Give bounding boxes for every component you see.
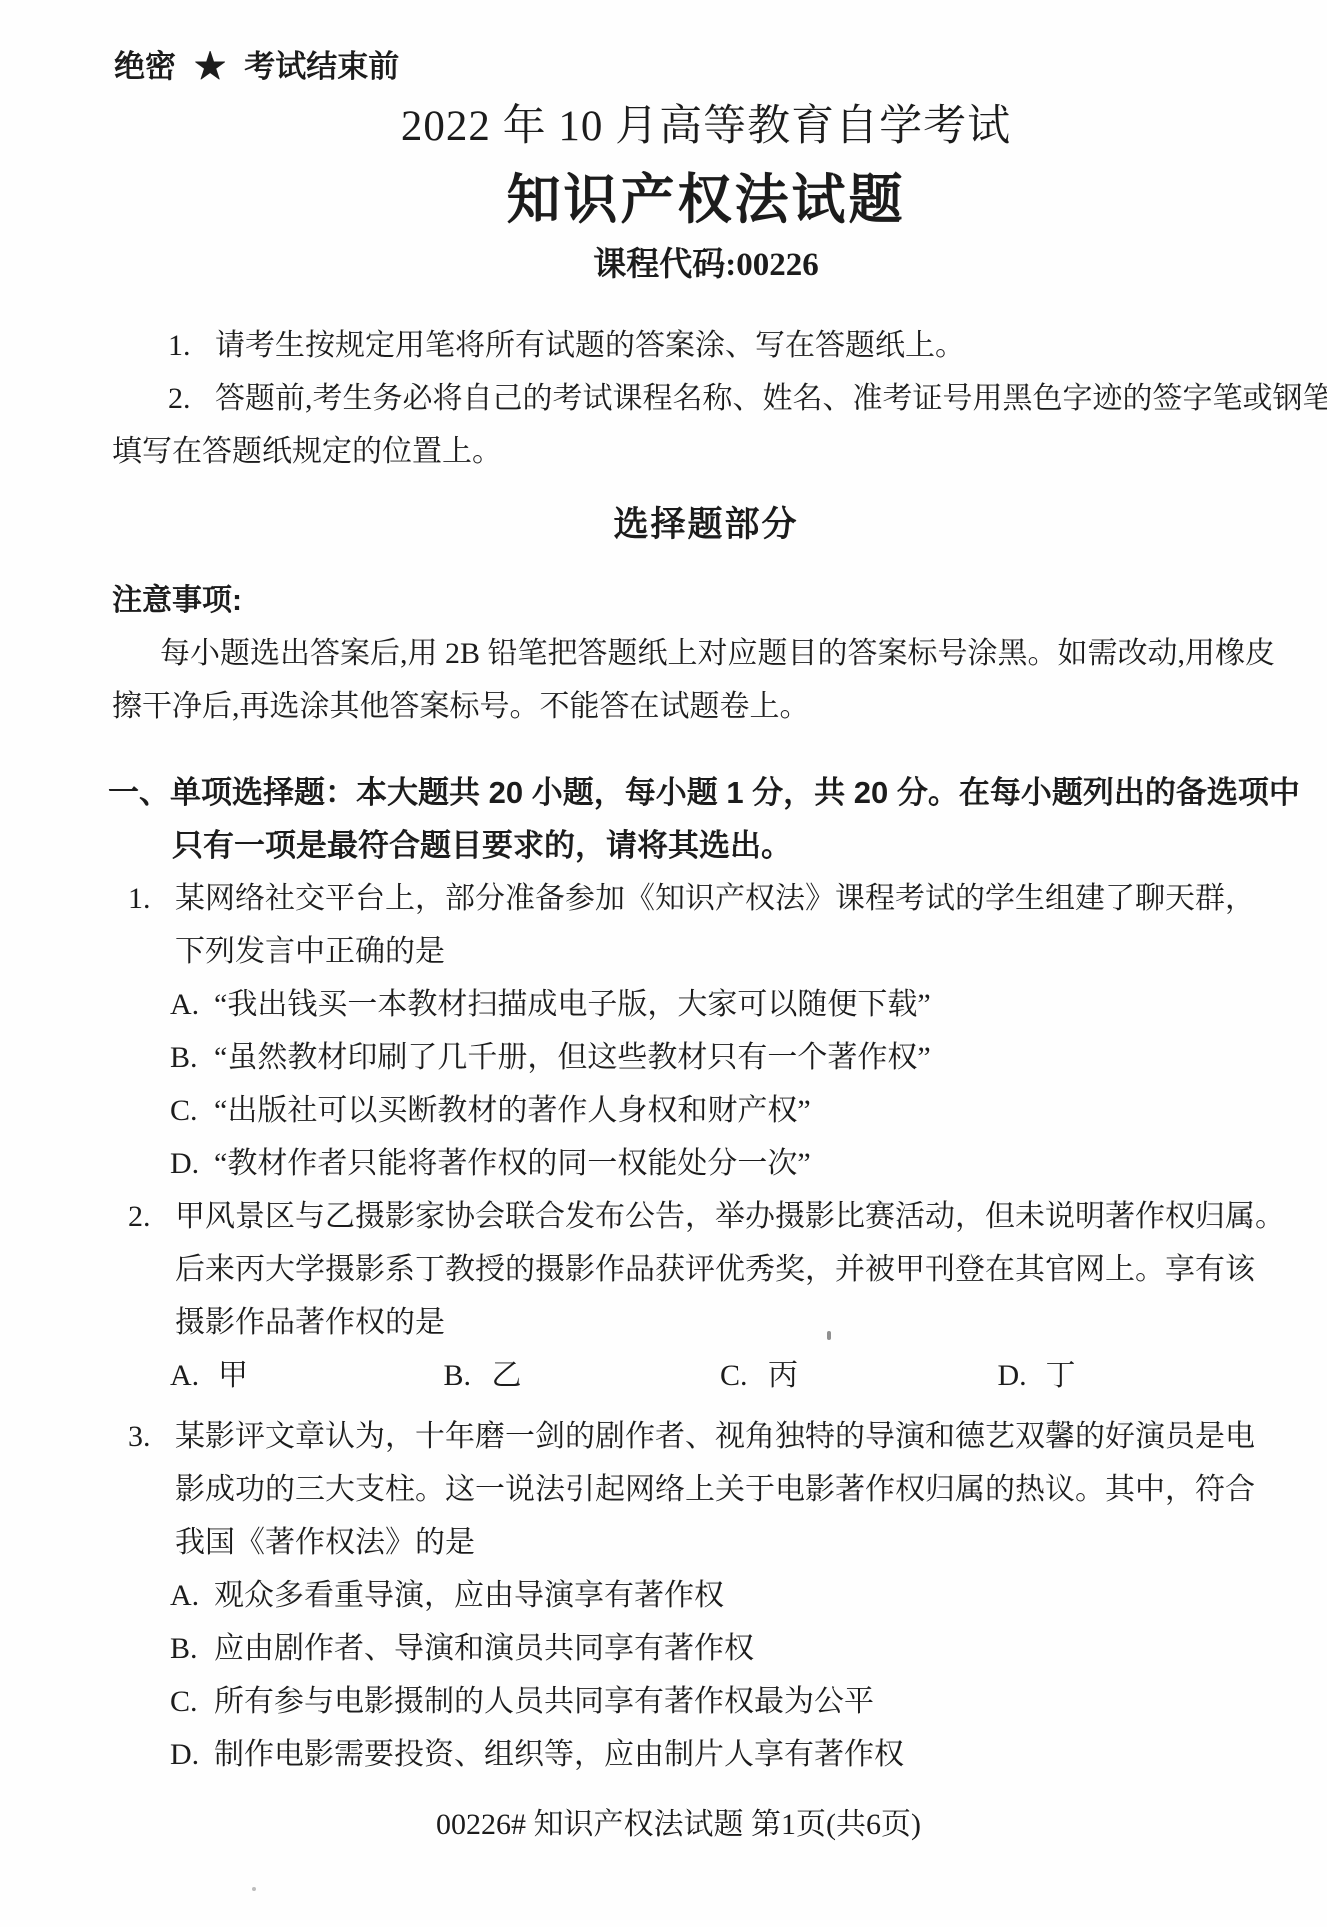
question-number: 1.: [128, 872, 175, 925]
question-2-stem-line3: 摄影作品著作权的是: [0, 1296, 1327, 1349]
general-instruction-2-line2: 填写在答题纸规定的位置上。: [0, 425, 1327, 478]
exam-paper-page: 绝密 ★ 考试结束前 2022 年 10 月高等教育自学考试 知识产权法试题 课…: [0, 0, 1327, 1927]
question-stem-text: 甲风景区与乙摄影家协会联合发布公告，举办摄影比赛活动，但未说明著作权归属。: [175, 1200, 1285, 1233]
general-instruction-2-line1: 2.答题前,考生务必将自己的考试课程名称、姓名、准考证号用黑色字迹的签字笔或钢笔: [0, 372, 1327, 425]
notice-line-2: 擦干净后,再选涂其他答案标号。不能答在试题卷上。: [0, 680, 1327, 733]
part1-heading-line1: 一、单项选择题：本大题共 20 小题，每小题 1 分，共 20 分。在每小题列出…: [0, 766, 1327, 819]
option-text: 应由剧作者、导演和演员共同享有著作权: [214, 1632, 754, 1665]
option-label: B.: [444, 1349, 492, 1402]
question-1-option-d: D.“教材作者只能将著作权的同一权能处分一次”: [0, 1137, 1327, 1190]
question-2-options-row: A.甲 B.乙 C.丙 D.丁: [0, 1349, 1327, 1402]
question-stem-text: 某影评文章认为，十年磨一剑的剧作者、视角独特的导演和德艺双馨的好演员是电: [175, 1420, 1255, 1453]
question-3-option-c: C.所有参与电影摄制的人员共同享有著作权最为公平: [0, 1675, 1327, 1728]
option-label: A.: [170, 1349, 218, 1402]
question-1-option-c: C.“出版社可以买断教材的著作人身权和财产权”: [0, 1084, 1327, 1137]
classification-banner: 绝密 ★ 考试结束前: [114, 48, 1327, 86]
question-3-stem-line2: 影成功的三大支柱。这一说法引起网络上关于电影著作权归属的热议。其中，符合: [0, 1463, 1327, 1516]
notice-line-1: 每小题选出答案后,用 2B 铅笔把答题纸上对应题目的答案标号涂黑。如需改动,用橡…: [0, 627, 1327, 680]
option-label: C.: [170, 1675, 214, 1728]
general-instruction-1: 1.请考生按规定用笔将所有试题的答案涂、写在答题纸上。: [0, 319, 1327, 372]
question-2-option-a: A.甲: [170, 1349, 436, 1402]
instruction-number: 2.: [168, 372, 215, 425]
question-2-stem-line2: 后来丙大学摄影系丁教授的摄影作品获评优秀奖，并被甲刊登在其官网上。享有该: [0, 1243, 1327, 1296]
exam-subject-title: 知识产权法试题: [0, 170, 1327, 230]
option-label: C.: [170, 1084, 214, 1137]
option-text: 观众多看重导演，应由导演享有著作权: [214, 1579, 724, 1612]
option-label: D.: [170, 1728, 214, 1781]
exam-session-title: 2022 年 10 月高等教育自学考试: [0, 102, 1327, 152]
question-1-stem-line1: 1.某网络社交平台上，部分准备参加《知识产权法》课程考试的学生组建了聊天群，: [0, 872, 1327, 925]
instruction-text: 请考生按规定用笔将所有试题的答案涂、写在答题纸上。: [215, 329, 965, 362]
option-label: B.: [170, 1622, 214, 1675]
page-footer: 00226# 知识产权法试题 第1页(共6页): [0, 1798, 1327, 1851]
question-2-option-d: D.丁: [998, 1349, 1076, 1402]
option-label: D.: [998, 1349, 1046, 1402]
option-label: D.: [170, 1137, 214, 1190]
course-code: 课程代码:00226: [0, 246, 1327, 284]
option-label: B.: [170, 1031, 214, 1084]
notice-label: 注意事项:: [0, 574, 1327, 627]
option-text: 甲: [218, 1359, 248, 1392]
option-text: 丁: [1046, 1359, 1076, 1392]
question-2-stem-line1: 2.甲风景区与乙摄影家协会联合发布公告，举办摄影比赛活动，但未说明著作权归属。: [0, 1190, 1327, 1243]
option-text: 丙: [768, 1359, 798, 1392]
option-text: “教材作者只能将著作权的同一权能处分一次”: [214, 1147, 811, 1180]
option-text: 乙: [492, 1359, 522, 1392]
option-text: “出版社可以买断教材的著作人身权和财产权”: [214, 1094, 811, 1127]
question-2-option-b: B.乙: [444, 1349, 713, 1402]
question-3-option-d: D.制作电影需要投资、组织等，应由制片人享有著作权: [0, 1728, 1327, 1781]
option-text: “虽然教材印刷了几千册，但这些教材只有一个著作权”: [214, 1041, 931, 1074]
question-2-option-c: C.丙: [720, 1349, 990, 1402]
option-label: A.: [170, 1569, 214, 1622]
instruction-number: 1.: [168, 319, 215, 372]
question-1-stem-line2: 下列发言中正确的是: [0, 925, 1327, 978]
question-number: 2.: [128, 1190, 175, 1243]
question-3-option-b: B.应由剧作者、导演和演员共同享有著作权: [0, 1622, 1327, 1675]
option-text: 所有参与电影摄制的人员共同享有著作权最为公平: [214, 1685, 874, 1718]
question-1-option-b: B.“虽然教材印刷了几千册，但这些教材只有一个著作权”: [0, 1031, 1327, 1084]
question-1-option-a: A.“我出钱买一本教材扫描成电子版，大家可以随便下载”: [0, 978, 1327, 1031]
instruction-text: 答题前,考生务必将自己的考试课程名称、姓名、准考证号用黑色字迹的签字笔或钢笔: [215, 382, 1327, 415]
question-number: 3.: [128, 1410, 175, 1463]
part1-heading-line2: 只有一项是最符合题目要求的，请将其选出。: [0, 819, 1327, 872]
question-3-option-a: A.观众多看重导演，应由导演享有著作权: [0, 1569, 1327, 1622]
question-stem-text: 某网络社交平台上，部分准备参加《知识产权法》课程考试的学生组建了聊天群，: [175, 882, 1255, 915]
scan-artifact: [827, 1331, 831, 1340]
option-text: 制作电影需要投资、组织等，应由制片人享有著作权: [214, 1738, 904, 1771]
question-3-stem-line3: 我国《著作权法》的是: [0, 1516, 1327, 1569]
choice-section-title: 选择题部分: [0, 498, 1327, 551]
question-3-stem-line1: 3.某影评文章认为，十年磨一剑的剧作者、视角独特的导演和德艺双馨的好演员是电: [0, 1410, 1327, 1463]
option-label: A.: [170, 978, 214, 1031]
scan-artifact: [252, 1887, 256, 1891]
option-text: “我出钱买一本教材扫描成电子版，大家可以随便下载”: [214, 988, 931, 1021]
option-label: C.: [720, 1349, 768, 1402]
